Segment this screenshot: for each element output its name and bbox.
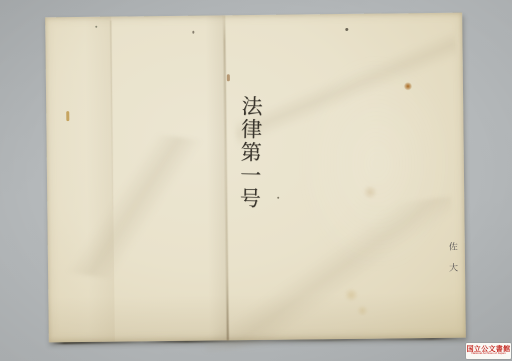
- stain-smudge: [343, 289, 359, 301]
- paper-crease: [192, 197, 464, 352]
- ink-speck: [277, 197, 279, 199]
- document-title-calligraphy: 法律第一号: [235, 95, 264, 237]
- stain-smudge: [356, 306, 368, 316]
- margin-annotation: 佐大: [447, 242, 460, 294]
- archives-watermark: 国立公文書館 National Archives of Japan: [466, 343, 511, 359]
- scan-backdrop: 法律第一号 佐大 国立公文書館 National Archives of Jap…: [0, 0, 512, 361]
- stain-smudge: [362, 186, 378, 199]
- paper-sheen: [296, 53, 458, 275]
- ink-speck: [345, 28, 348, 31]
- stain-spot: [404, 82, 412, 90]
- archives-name-english: National Archives of Japan: [471, 352, 505, 355]
- ink-speck: [95, 26, 97, 28]
- stain-mark: [66, 111, 69, 121]
- ink-speck: [192, 31, 194, 34]
- left-fold-panel-shading: [45, 17, 115, 343]
- stain-mark: [227, 74, 230, 81]
- document-sheet: 法律第一号 佐大: [45, 13, 466, 343]
